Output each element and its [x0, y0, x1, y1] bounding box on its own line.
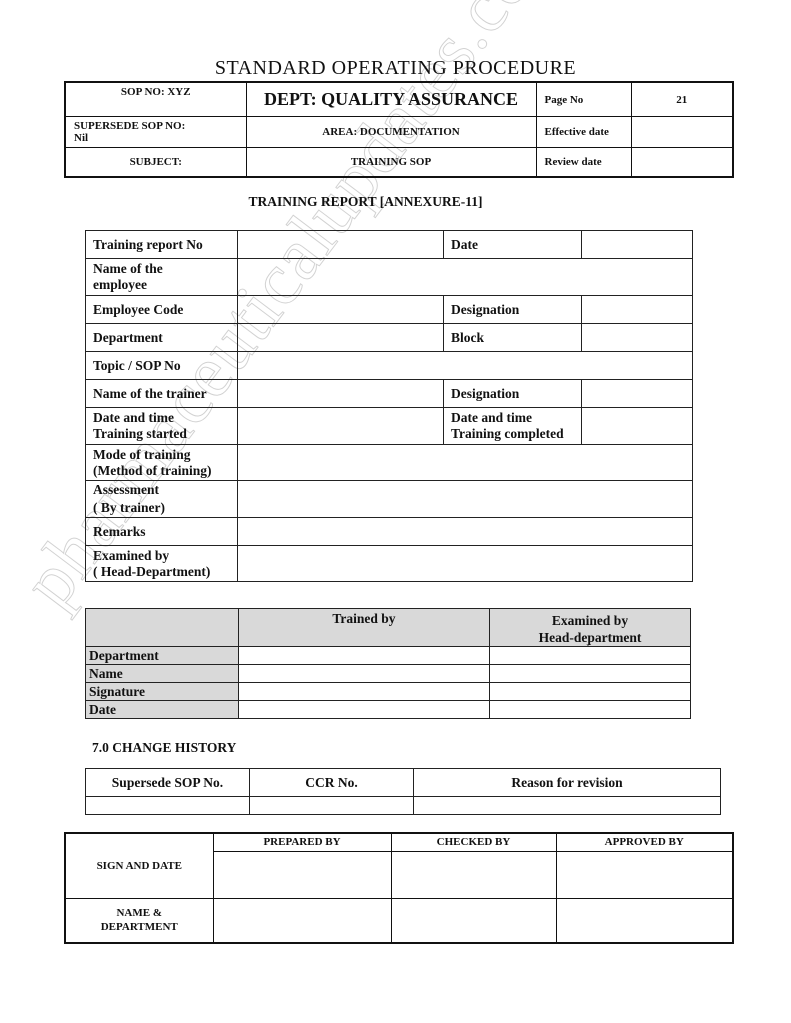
topic-field[interactable] [238, 352, 693, 380]
designation-field[interactable] [582, 296, 693, 324]
corner-cell [86, 609, 239, 647]
trainer-designation-field[interactable] [582, 380, 693, 408]
col-reason: Reason for revision [414, 769, 721, 797]
page-title: STANDARD OPERATING PROCEDURE [0, 57, 791, 80]
signoff-table: SIGN AND DATE PREPARED BY CHECKED BY APP… [64, 832, 734, 944]
trained-signature-field[interactable] [239, 683, 490, 701]
department-field[interactable] [238, 324, 444, 352]
sop-header-table: SOP NO: XYZ DEPT: QUALITY ASSURANCE Page… [64, 81, 734, 178]
approved-sign-field[interactable] [556, 851, 733, 898]
supersede-cell[interactable] [86, 797, 250, 815]
examined-signature-field[interactable] [490, 683, 691, 701]
subject-label: SUBJECT: [65, 148, 246, 178]
training-started-field[interactable] [238, 408, 444, 445]
change-history-title: 7.0 CHANGE HISTORY [92, 740, 236, 756]
checked-sign-field[interactable] [391, 851, 556, 898]
trained-department-field[interactable] [239, 647, 490, 665]
training-report-table: Training report No Date Name of theemplo… [85, 230, 693, 582]
examined-date-field[interactable] [490, 701, 691, 719]
supersede-label: SUPERSEDE SOP NO: [74, 120, 246, 132]
name-department-label: NAME &DEPARTMENT [65, 898, 213, 943]
trained-by-header: Trained by [239, 609, 490, 647]
section-title: TRAINING REPORT [ANNEXURE-11] [0, 194, 731, 210]
employee-code-field[interactable] [238, 296, 444, 324]
col-ccr: CCR No. [250, 769, 414, 797]
prepared-by-header: PREPARED BY [213, 833, 391, 851]
training-started-label: Date and timeTraining started [86, 408, 238, 445]
row-label-signature: Signature [86, 683, 239, 701]
page-no-value: 21 [631, 82, 733, 117]
effective-date-value[interactable] [631, 117, 733, 148]
assessment-field[interactable] [238, 481, 693, 518]
trained-by-table: Trained by Examined byHead-department De… [85, 608, 691, 719]
supersede-sop: SUPERSEDE SOP NO: Nil [65, 117, 246, 148]
training-completed-label: Date and timeTraining completed [444, 408, 582, 445]
checked-name-field[interactable] [391, 898, 556, 943]
block-field[interactable] [582, 324, 693, 352]
examined-label: Examined by( Head-Department) [86, 546, 238, 582]
training-completed-field[interactable] [582, 408, 693, 445]
mode-field[interactable] [238, 445, 693, 481]
area: AREA: DOCUMENTATION [246, 117, 536, 148]
review-date-label: Review date [536, 148, 631, 178]
block-label: Block [444, 324, 582, 352]
checked-by-header: CHECKED BY [391, 833, 556, 851]
trained-name-field[interactable] [239, 665, 490, 683]
department-label: Department [86, 324, 238, 352]
ccr-cell[interactable] [250, 797, 414, 815]
trained-date-field[interactable] [239, 701, 490, 719]
examined-department-field[interactable]: ` [490, 647, 691, 665]
prepared-name-field[interactable] [213, 898, 391, 943]
row-label-date: Date [86, 701, 239, 719]
sop-number: SOP NO: XYZ [65, 82, 246, 117]
remarks-label: Remarks [86, 518, 238, 546]
remarks-field[interactable] [238, 518, 693, 546]
approved-name-field[interactable] [556, 898, 733, 943]
page-no-label: Page No [536, 82, 631, 117]
sign-and-date-label: SIGN AND DATE [65, 833, 213, 898]
mode-label: Mode of training(Method of training) [86, 445, 238, 481]
date-label: Date [444, 231, 582, 259]
examined-by-header: Examined byHead-department [490, 609, 691, 647]
department-title: DEPT: QUALITY ASSURANCE [246, 82, 536, 117]
employee-name-label: Name of theemployee [86, 259, 238, 296]
review-date-value[interactable] [631, 148, 733, 178]
prepared-sign-field[interactable] [213, 851, 391, 898]
topic-label: Topic / SOP No [86, 352, 238, 380]
trainer-name-field[interactable] [238, 380, 444, 408]
approved-by-header: APPROVED BY [556, 833, 733, 851]
row-label-department: Department [86, 647, 239, 665]
effective-date-label: Effective date [536, 117, 631, 148]
col-supersede: Supersede SOP No. [86, 769, 250, 797]
report-no-field[interactable] [238, 231, 444, 259]
examined-field[interactable] [238, 546, 693, 582]
trainer-designation-label: Designation [444, 380, 582, 408]
report-no-label: Training report No [86, 231, 238, 259]
row-label-name: Name [86, 665, 239, 683]
examined-name-field[interactable] [490, 665, 691, 683]
subject-value: TRAINING SOP [246, 148, 536, 178]
stray-mark: ` [586, 641, 589, 658]
supersede-value: Nil [74, 132, 246, 144]
assessment-label: Assessment( By trainer) [86, 481, 238, 518]
designation-label: Designation [444, 296, 582, 324]
change-history-table: Supersede SOP No. CCR No. Reason for rev… [85, 768, 721, 815]
date-field[interactable] [582, 231, 693, 259]
employee-code-label: Employee Code [86, 296, 238, 324]
reason-cell[interactable] [414, 797, 721, 815]
trainer-name-label: Name of the trainer [86, 380, 238, 408]
employee-name-field[interactable] [238, 259, 693, 296]
